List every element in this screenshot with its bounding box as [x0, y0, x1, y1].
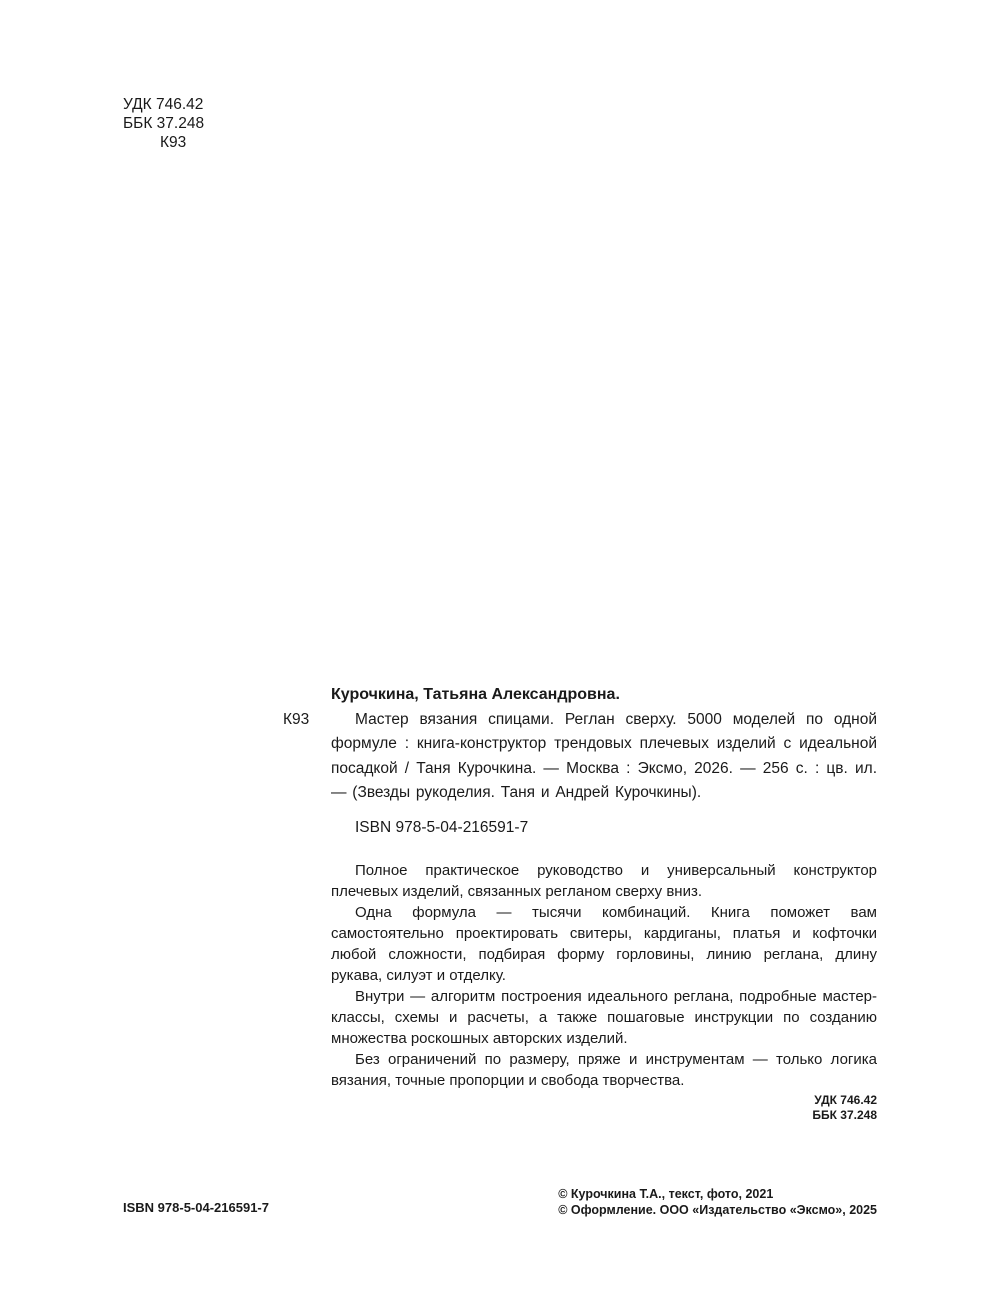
isbn-record: ISBN 978-5-04-216591-7 [331, 816, 877, 841]
author-sign: К93 [123, 133, 204, 152]
annotation-paragraph: Одна формула — тысячи комбинаций. Книга … [331, 902, 877, 986]
annotation-paragraph: Внутри — алгоритм построения идеального … [331, 986, 877, 1049]
bibliographic-record: Курочкина, Татьяна Александровна. К93 Ма… [331, 683, 877, 840]
copyright-design: © Оформление. ООО «Издательство «Эксмо»,… [558, 1202, 877, 1218]
classification-top: УДК 746.42 ББК 37.248 К93 [123, 95, 204, 152]
copyright-text: © Курочкина Т.А., текст, фото, 2021 [558, 1186, 877, 1202]
annotation-paragraph: Без ограничений по размеру, пряже и инст… [331, 1049, 877, 1091]
isbn-footer: ISBN 978-5-04-216591-7 [123, 1200, 269, 1215]
annotation-paragraph: Полное практическое руководство и универ… [331, 860, 877, 902]
bbk-code-right: ББК 37.248 [812, 1108, 877, 1123]
author-sign-side: К93 [283, 708, 309, 733]
book-description: Мастер вязания спицами. Реглан сверху. 5… [331, 708, 877, 806]
author-heading: Курочкина, Татьяна Александровна. [331, 683, 877, 708]
annotation: Полное практическое руководство и универ… [331, 860, 877, 1091]
bbk-code: ББК 37.248 [123, 114, 204, 133]
udk-code-right: УДК 746.42 [812, 1093, 877, 1108]
classification-right: УДК 746.42 ББК 37.248 [812, 1093, 877, 1123]
copyright-block: © Курочкина Т.А., текст, фото, 2021 © Оф… [558, 1186, 877, 1218]
udk-code: УДК 746.42 [123, 95, 204, 114]
